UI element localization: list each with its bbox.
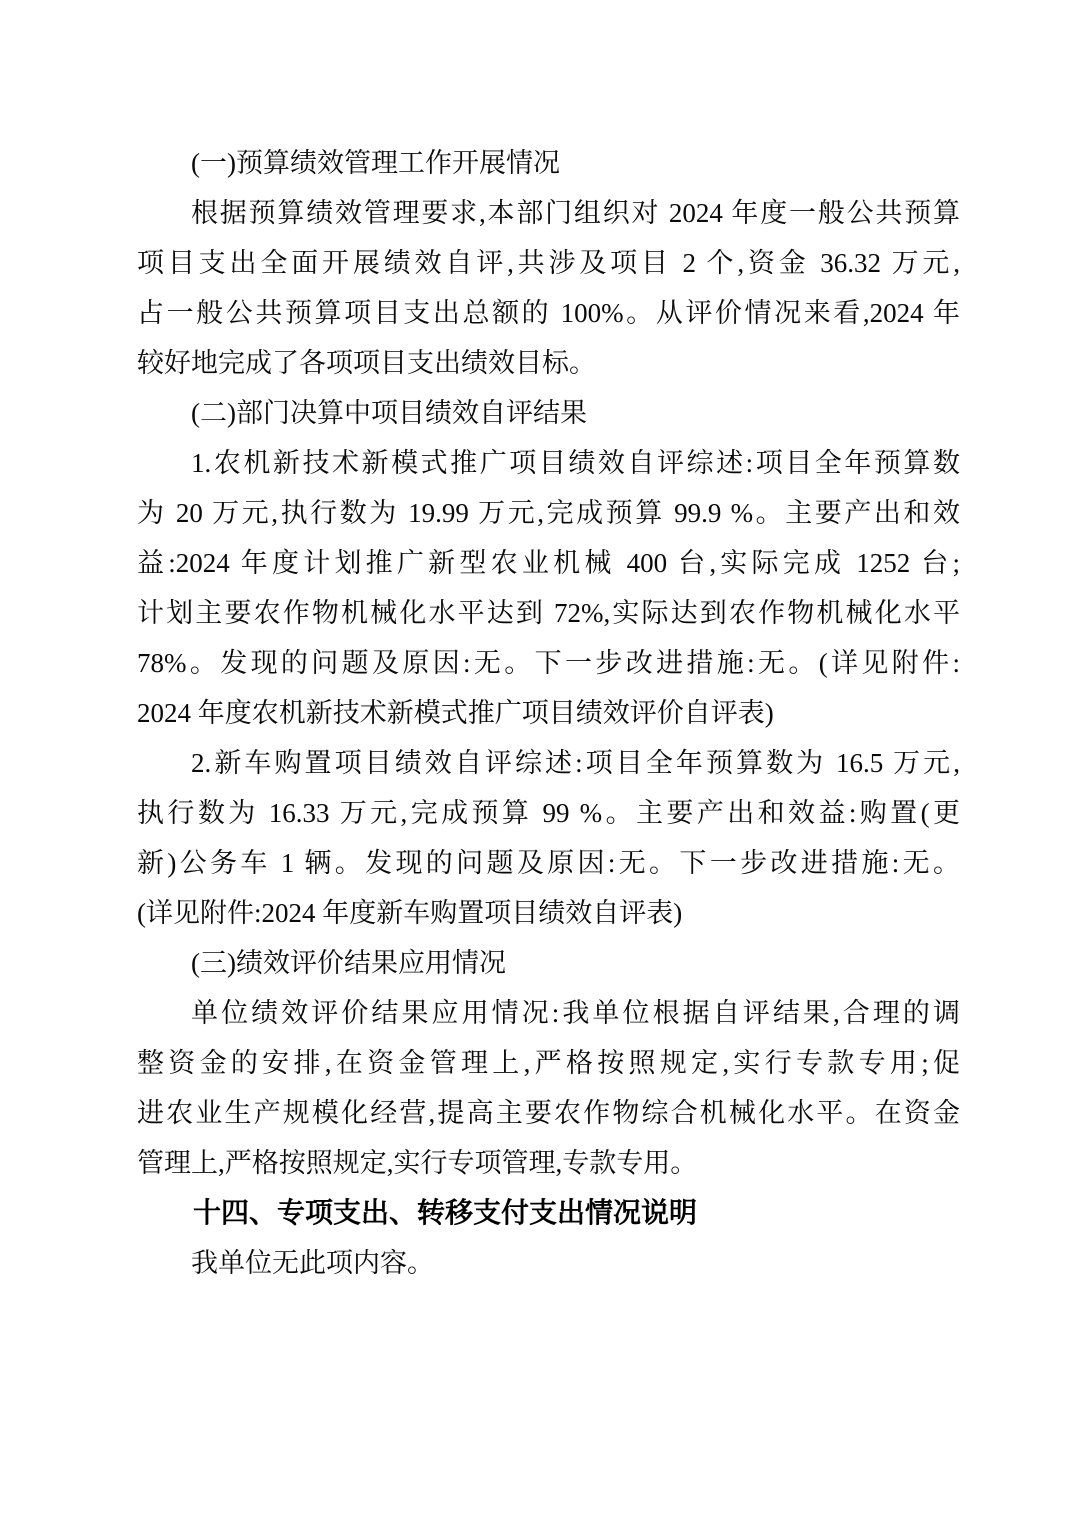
paragraph-line: 2.新车购置项目绩效自评综述:项目全年预算数为 16.5 万元, [137, 738, 960, 788]
paragraph-line: 执行数为 16.33 万元,完成预算 99 %。主要产出和效益:购置(更 [137, 788, 960, 838]
section-heading: (二)部门决算中项目绩效自评结果 [137, 388, 960, 438]
paragraph-line: 进农业生产规模化经营,提高主要农作物综合机械化水平。在资金 [137, 1088, 960, 1138]
paragraph-line: 管理上,严格按照规定,实行专项管理,专款专用。 [137, 1138, 960, 1188]
paragraph-line: 根据预算绩效管理要求,本部门组织对 2024 年度一般公共预算 [137, 188, 960, 238]
paragraph-line: 整资金的安排,在资金管理上,严格按照规定,实行专款专用;促 [137, 1038, 960, 1088]
paragraph-line: 计划主要农作物机械化水平达到 72%,实际达到农作物机械化水平 [137, 588, 960, 638]
paragraph-line: 为 20 万元,执行数为 19.99 万元,完成预算 99.9 %。主要产出和效 [137, 488, 960, 538]
paragraph-line: 我单位无此项内容。 [137, 1238, 960, 1288]
paragraph-line: (详见附件:2024 年度新车购置项目绩效自评表) [137, 888, 960, 938]
paragraph-line: 1.农机新技术新模式推广项目绩效自评综述:项目全年预算数 [137, 438, 960, 488]
section-heading: (一)预算绩效管理工作开展情况 [137, 138, 960, 188]
paragraph-line: 益:2024 年度计划推广新型农业机械 400 台,实际完成 1252 台; [137, 538, 960, 588]
section-heading-bold: 十四、专项支出、转移支付支出情况说明 [137, 1188, 960, 1238]
paragraph-line: 较好地完成了各项项目支出绩效目标。 [137, 338, 960, 388]
paragraph-line: 2024 年度农机新技术新模式推广项目绩效评价自评表) [137, 688, 960, 738]
document-content: (一)预算绩效管理工作开展情况根据预算绩效管理要求,本部门组织对 2024 年度… [137, 138, 960, 1288]
paragraph-line: 项目支出全面开展绩效自评,共涉及项目 2 个,资金 36.32 万元, [137, 238, 960, 288]
section-heading: (三)绩效评价结果应用情况 [137, 938, 960, 988]
document-page: (一)预算绩效管理工作开展情况根据预算绩效管理要求,本部门组织对 2024 年度… [0, 0, 1074, 1520]
paragraph-line: 占一般公共预算项目支出总额的 100%。从评价情况来看,2024 年 [137, 288, 960, 338]
paragraph-line: 78%。发现的问题及原因:无。下一步改进措施:无。(详见附件: [137, 638, 960, 688]
paragraph-line: 新)公务车 1 辆。发现的问题及原因:无。下一步改进措施:无。 [137, 838, 960, 888]
paragraph-line: 单位绩效评价结果应用情况:我单位根据自评结果,合理的调 [137, 988, 960, 1038]
